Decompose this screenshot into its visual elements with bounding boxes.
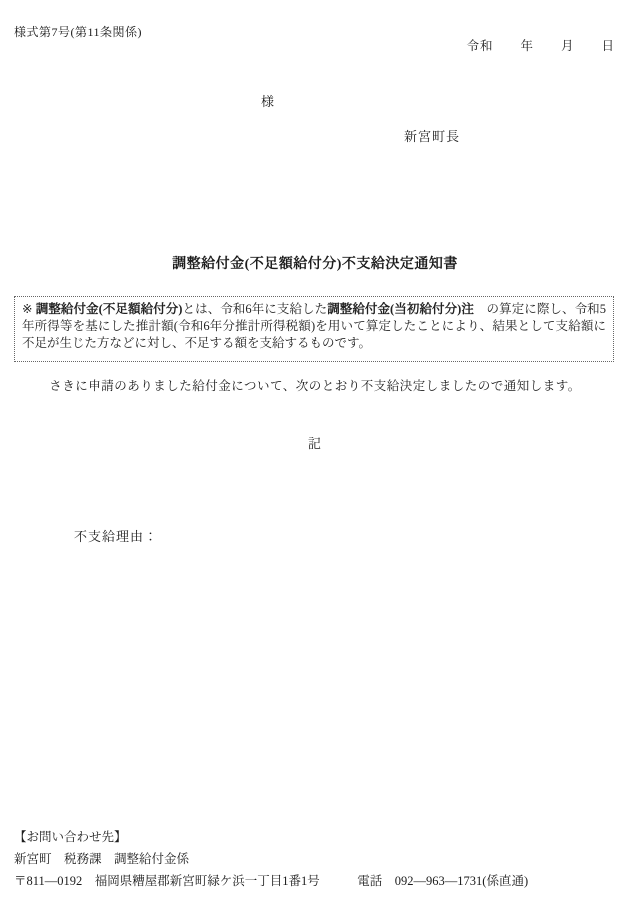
notice-document-page: { "page": { "form_number": "様式第7号(第11条関係… bbox=[0, 0, 630, 903]
explanatory-note-box: ※ 調整給付金(不足額給付分)とは、令和6年に支給した調整給付金(当初給付分)注… bbox=[14, 296, 614, 362]
addressee-honorific: 様 bbox=[261, 91, 274, 110]
sender-mayor-name: 新宮町長 bbox=[404, 126, 460, 145]
note-term-shortfall: 調整給付金(不足額給付分) bbox=[36, 302, 183, 316]
ki-section-marker: 記 bbox=[0, 433, 630, 452]
notification-body-line: さきに申請のありました給付金について、次のとおり不支給決定しましたので通知します… bbox=[0, 376, 630, 394]
document-title: 調整給付金(不足額給付分)不支給決定通知書 bbox=[0, 253, 630, 273]
non-payment-reason-label: 不支給理由： bbox=[74, 526, 158, 545]
date-line: 令和 年 月 日 bbox=[466, 36, 615, 54]
note-marker: ※ bbox=[22, 302, 36, 316]
contact-address-phone: 〒811―0192 福岡県糟屋郡新宮町緑ケ浜一丁目1番1号 電話 092―963… bbox=[14, 870, 528, 892]
contact-header: 【お問い合わせ先】 bbox=[14, 826, 528, 848]
contact-department: 新宮町 税務課 調整給付金係 bbox=[14, 848, 528, 870]
note-term-initial: 調整給付金(当初給付分)注 bbox=[327, 302, 474, 316]
form-number: 様式第7号(第11条関係) bbox=[14, 23, 142, 40]
contact-footer: 【お問い合わせ先】 新宮町 税務課 調整給付金係 〒811―0192 福岡県糟屋… bbox=[14, 826, 528, 892]
note-text-1: とは、令和6年に支給した bbox=[182, 302, 327, 316]
